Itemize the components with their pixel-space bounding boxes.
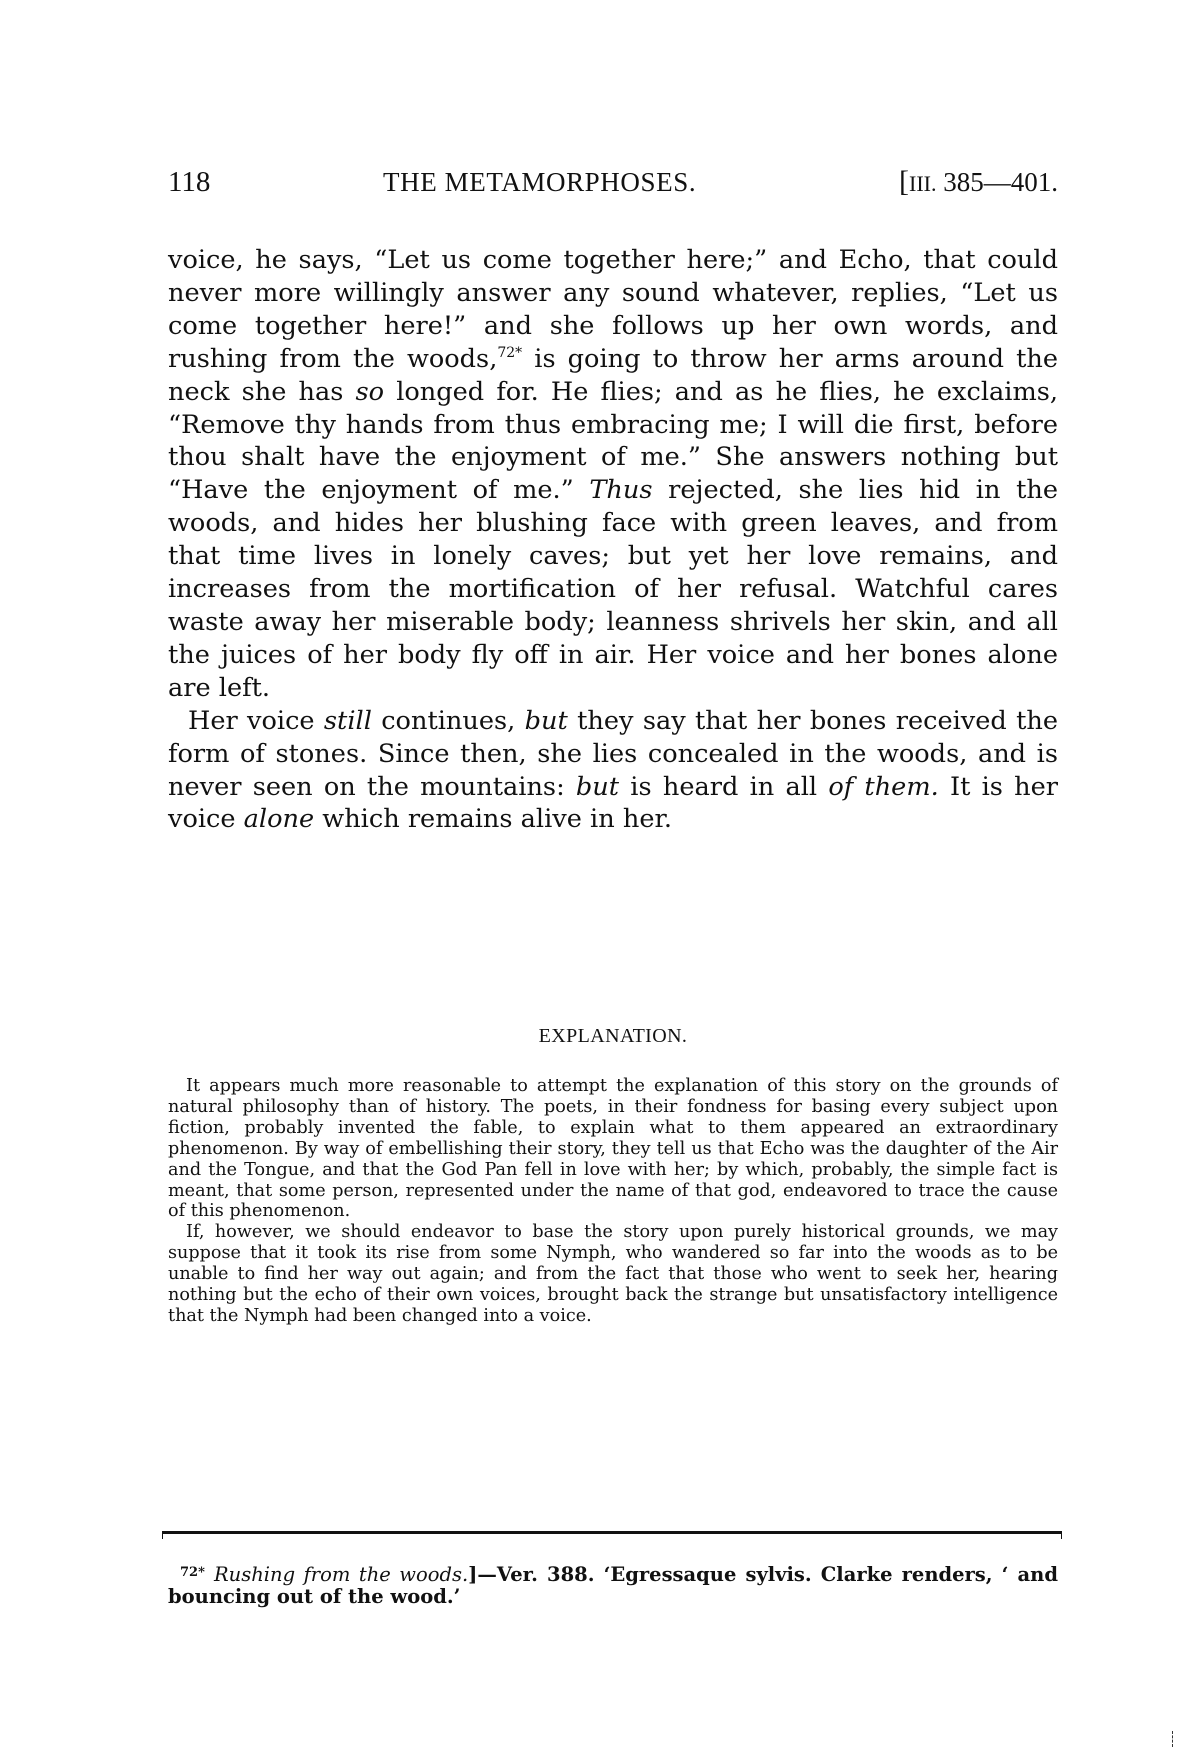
book-number: III. [909, 171, 936, 196]
italic-run: still [324, 706, 372, 736]
paragraph: voice, he says, “Let us come together he… [168, 244, 1058, 705]
text-run: is heard in all [619, 772, 828, 802]
text-run: which remains alive in her. [314, 804, 672, 834]
italic-run: but [576, 772, 619, 802]
italic-run: so [356, 377, 385, 407]
line-reference-bracket: [ [899, 165, 909, 198]
text-run: rejected, she lies hid in the woods, and… [168, 475, 1058, 702]
footnote-mark: 72* [180, 1565, 205, 1580]
paragraph: Her voice still continues, but they say … [168, 705, 1058, 837]
text-run: By way of embellishing their story, they… [168, 1139, 1058, 1222]
footnote-lemma: Rushing from the woods. [214, 1563, 468, 1586]
text-run: continues, [372, 706, 525, 736]
scan-edge-mark [1172, 1731, 1175, 1747]
italic-run: but [525, 706, 568, 736]
page-number: 118 [168, 167, 210, 197]
running-head: 118 THE METAMORPHOSES. [III. 385—401. [168, 167, 1058, 197]
paragraph: If, however, we should endeavor to base … [168, 1222, 1058, 1327]
text-run: Her voice [188, 706, 324, 736]
italic-run: alone [244, 804, 314, 834]
explanation-text: It appears much more reasonable to attem… [168, 1076, 1058, 1327]
paragraph: It appears much more reasonable to attem… [168, 1076, 1058, 1222]
running-title: THE METAMORPHOSES. [383, 167, 696, 197]
main-text: voice, he says, “Let us come together he… [168, 244, 1058, 836]
section-heading: EXPLANATION. [168, 1024, 1058, 1048]
italic-run: Thus [589, 475, 652, 505]
italic-run: of them. [828, 772, 938, 802]
footnote-text: 72* Rushing from the woods.]—Ver. 388. ‘… [168, 1562, 1058, 1608]
footnote-reference: 72* [497, 345, 522, 361]
footnote-divider [162, 1531, 1062, 1534]
line-reference: [III. 385—401. [899, 167, 1058, 199]
footnote: 72* Rushing from the woods.]—Ver. 388. ‘… [168, 1562, 1058, 1608]
line-range: 385—401. [943, 167, 1058, 197]
